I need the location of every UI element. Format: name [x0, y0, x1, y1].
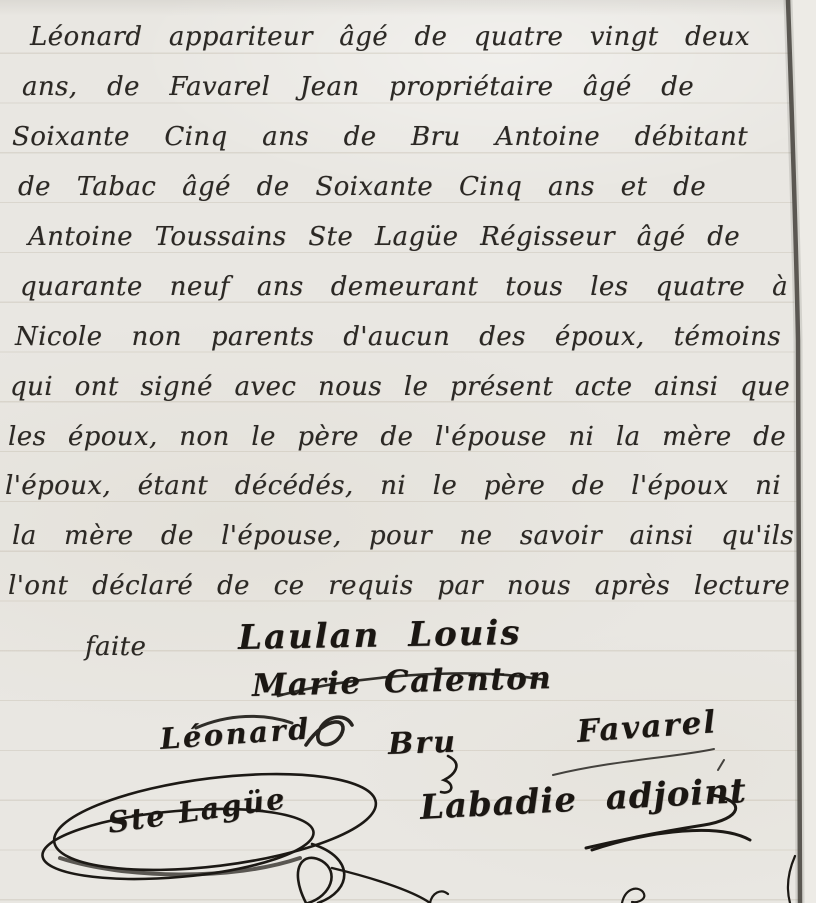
- bottom-partial-stroke: [430, 891, 448, 903]
- manuscript-line: Léonard appariteur âgé de quatre vingt d…: [30, 18, 750, 60]
- scanned-register-page: Léonard appariteur âgé de quatre vingt d…: [0, 0, 816, 903]
- manuscript-line: ans, de Favarel Jean propriétaire âgé de: [22, 68, 694, 110]
- manuscript-line: l'époux, étant décédés, ni le père de l'…: [5, 467, 781, 509]
- ste-lague-paraph-base: [60, 858, 300, 875]
- signature-leonard: Léonard: [159, 711, 312, 755]
- bottom-right-partial-stroke: [788, 856, 795, 903]
- manuscript-line: Soixante Cinq ans de Bru Antoine débitan…: [12, 118, 748, 160]
- bottom-partial-loop: [298, 858, 332, 903]
- manuscript-line: Nicole non parents d'aucun des époux, té…: [15, 318, 781, 360]
- signature-bru: Bru: [387, 725, 457, 762]
- signature-marie-calenton: Marie Calenton: [252, 660, 553, 704]
- manuscript-line: Antoine Toussains Ste Lagüe Régisseur âg…: [28, 218, 740, 260]
- manuscript-line: qui ont signé avec nous le présent acte …: [10, 368, 790, 410]
- page-binding-line-soft: [788, 0, 800, 903]
- manuscript-line: les époux, non le père de l'épouse ni la…: [8, 418, 786, 460]
- page-binding-line: [788, 0, 800, 903]
- manuscript-line: quarante neuf ans demeurant tous les qua…: [20, 268, 788, 310]
- manuscript-line: l'ont déclaré de ce requis par nous aprè…: [8, 567, 790, 609]
- manuscript-line: de Tabac âgé de Soixante Cinq ans et de: [18, 168, 706, 210]
- signature-laulan-louis: Laulan Louis: [238, 613, 522, 658]
- favarel-underline: [553, 749, 714, 775]
- labadie-flourish-lower: [592, 830, 750, 850]
- manuscript-line: faite: [85, 628, 205, 670]
- bottom-partial-curl: [622, 889, 644, 903]
- ste-lague-descender: [312, 844, 344, 903]
- leonard-paraph-knot: [306, 717, 352, 745]
- manuscript-line: la mère de l'épouse, pour ne savoir ains…: [12, 517, 794, 559]
- ste-lague-tail: [332, 868, 430, 903]
- favarel-tick: [718, 760, 724, 770]
- signature-labadie-adjoint: Labadie adjoint: [419, 771, 748, 828]
- signature-ste-lague: Ste Lagüe: [106, 781, 289, 840]
- signature-favarel: Favarel: [576, 704, 719, 750]
